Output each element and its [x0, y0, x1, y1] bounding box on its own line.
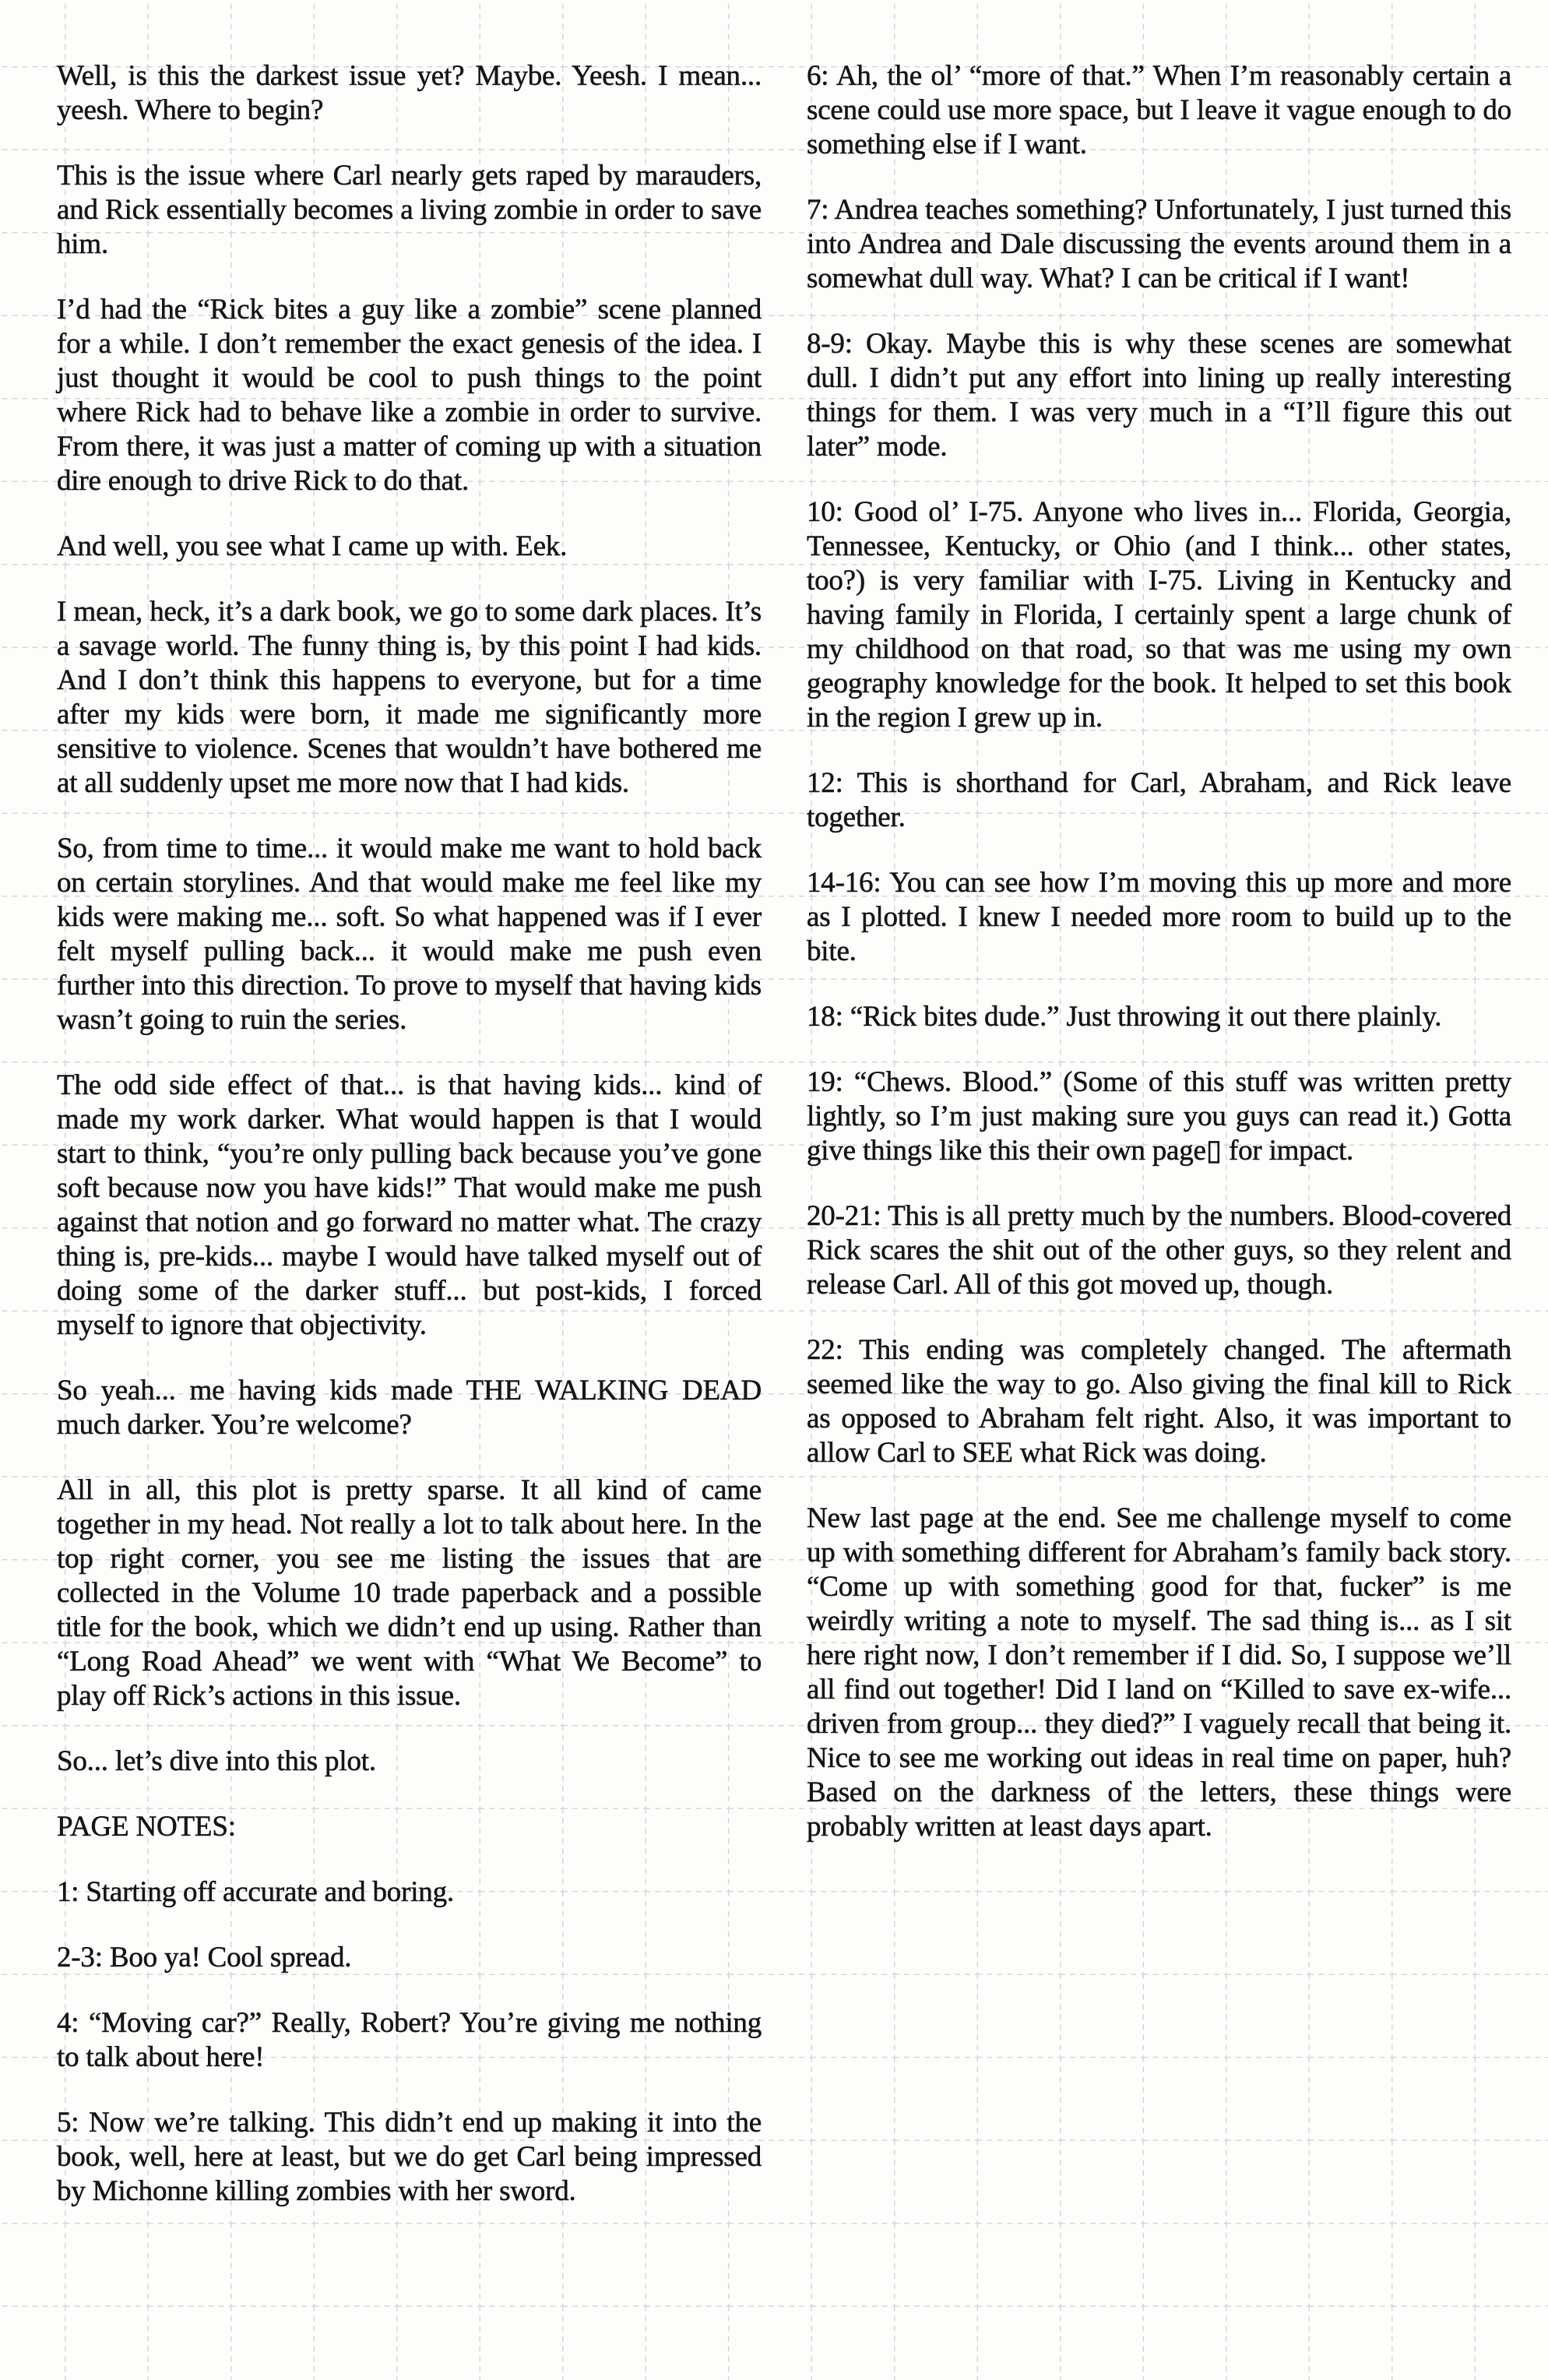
paragraph: 7: Andrea teaches something? Unfortunate… — [807, 193, 1511, 296]
paragraph: I’d had the “Rick bites a guy like a zom… — [57, 293, 762, 498]
paragraph: All in all, this plot is pretty sparse. … — [57, 1473, 762, 1713]
paragraph: So, from time to time... it would make m… — [57, 832, 762, 1037]
paragraph: 4: “Moving car?” Really, Robert? You’re … — [57, 2006, 762, 2075]
paragraph: 8-9: Okay. Maybe this is why these scene… — [807, 327, 1511, 464]
paragraph: 10: Good ol’ I-75. Anyone who lives in..… — [807, 495, 1511, 735]
paragraph: 22: This ending was completely changed. … — [807, 1333, 1511, 1470]
paragraph: 19: “Chews. Blood.” (Some of this stuff … — [807, 1065, 1511, 1168]
right-column: 6: Ah, the ol’ “more of that.” When I’m … — [807, 59, 1511, 2209]
paragraph: 5: Now we’re talking. This didn’t end up… — [57, 2106, 762, 2209]
paragraph: PAGE NOTES: — [57, 1810, 762, 1844]
paragraph: I mean, heck, it’s a dark book, we go to… — [57, 595, 762, 801]
paragraph: 6: Ah, the ol’ “more of that.” When I’m … — [807, 59, 1511, 162]
paragraph: 20-21: This is all pretty much by the nu… — [807, 1199, 1511, 1302]
paragraph: 2-3: Boo ya! Cool spread. — [57, 1941, 762, 1975]
paragraph: The odd side effect of that... is that h… — [57, 1069, 762, 1343]
paragraph: This is the issue where Carl nearly gets… — [57, 159, 762, 262]
paragraph: Well, is this the darkest issue yet? May… — [57, 59, 762, 128]
paragraph: So yeah... me having kids made THE WALKI… — [57, 1374, 762, 1442]
commentary-page: Well, is this the darkest issue yet? May… — [0, 0, 1548, 2380]
text-columns: Well, is this the darkest issue yet? May… — [57, 59, 1511, 2209]
paragraph: New last page at the end. See me challen… — [807, 1502, 1511, 1844]
left-column: Well, is this the darkest issue yet? May… — [57, 59, 762, 2209]
paragraph: So... let’s dive into this plot. — [57, 1745, 762, 1779]
paragraph: 18: “Rick bites dude.” Just throwing it … — [807, 1000, 1511, 1034]
paragraph: 12: This is shorthand for Carl, Abraham,… — [807, 766, 1511, 835]
paragraph: 1: Starting off accurate and boring. — [57, 1875, 762, 1910]
paragraph: And well, you see what I came up with. E… — [57, 530, 762, 564]
paragraph: 14-16: You can see how I’m moving this u… — [807, 866, 1511, 969]
